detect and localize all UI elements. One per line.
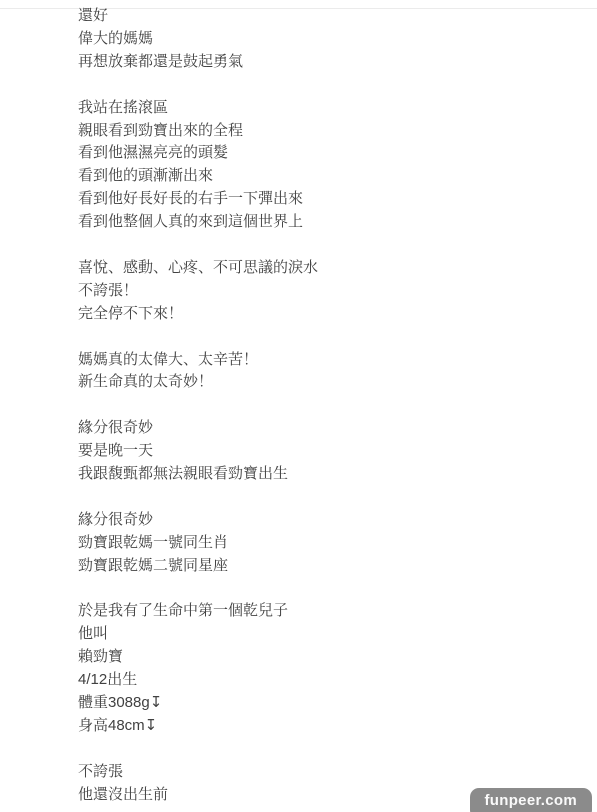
text-line: 看到他的頭漸漸出來 — [78, 165, 558, 188]
text-line: 賴勁寶 — [78, 646, 558, 669]
text-line: 身高48cm↧ — [78, 715, 558, 738]
funpeer-watermark-badge: funpeer.com — [470, 788, 593, 812]
paragraph: 媽媽真的太偉大、太辛苦！新生命真的太奇妙！ — [78, 349, 558, 395]
text-line: 我站在搖滾區 — [78, 97, 558, 120]
text-line: 再想放棄都還是鼓起勇氣 — [78, 51, 558, 74]
text-line: 緣分很奇妙 — [78, 509, 558, 532]
paragraph: 喜悅、感動、心疼、不可思議的淚水不誇張！完全停不下來！ — [78, 257, 558, 326]
paragraph: 於是我有了生命中第一個乾兒子他叫賴勁寶4/12出生體重3088g↧身高48cm↧ — [78, 600, 558, 737]
text-line: 完全停不下來！ — [78, 303, 558, 326]
text-line: 4/12出生 — [78, 669, 558, 692]
text-line: 緣分很奇妙 — [78, 417, 558, 440]
text-line: 不誇張！ — [78, 280, 558, 303]
paragraph: 還好偉大的媽媽再想放棄都還是鼓起勇氣 — [78, 5, 558, 74]
text-line: 還好 — [78, 5, 558, 28]
text-line: 他叫 — [78, 623, 558, 646]
text-line: 媽媽真的太偉大、太辛苦！ — [78, 349, 558, 372]
paragraph: 緣分很奇妙要是晚一天我跟馥甄都無法親眼看勁寶出生 — [78, 417, 558, 486]
text-line: 偉大的媽媽 — [78, 28, 558, 51]
text-line: 體重3088g↧ — [78, 692, 558, 715]
text-line: 勁寶跟乾媽二號同星座 — [78, 555, 558, 578]
text-line: 新生命真的太奇妙！ — [78, 371, 558, 394]
text-line: 親眼看到勁寶出來的全程 — [78, 120, 558, 143]
text-line: 看到他整個人真的來到這個世界上 — [78, 211, 558, 234]
text-line: 於是我有了生命中第一個乾兒子 — [78, 600, 558, 623]
article-body: 還好偉大的媽媽再想放棄都還是鼓起勇氣我站在搖滾區親眼看到勁寶出來的全程看到他濕濕… — [78, 5, 558, 807]
text-line: 看到他濕濕亮亮的頭髮 — [78, 142, 558, 165]
text-line: 喜悅、感動、心疼、不可思議的淚水 — [78, 257, 558, 280]
text-line: 要是晚一天 — [78, 440, 558, 463]
text-line: 看到他好長好長的右手一下彈出來 — [78, 188, 558, 211]
text-line: 勁寶跟乾媽一號同生肖 — [78, 532, 558, 555]
paragraph: 緣分很奇妙勁寶跟乾媽一號同生肖勁寶跟乾媽二號同星座 — [78, 509, 558, 578]
paragraph: 我站在搖滾區親眼看到勁寶出來的全程看到他濕濕亮亮的頭髮看到他的頭漸漸出來看到他好… — [78, 97, 558, 234]
text-line: 我跟馥甄都無法親眼看勁寶出生 — [78, 463, 558, 486]
text-line: 不誇張 — [78, 761, 558, 784]
